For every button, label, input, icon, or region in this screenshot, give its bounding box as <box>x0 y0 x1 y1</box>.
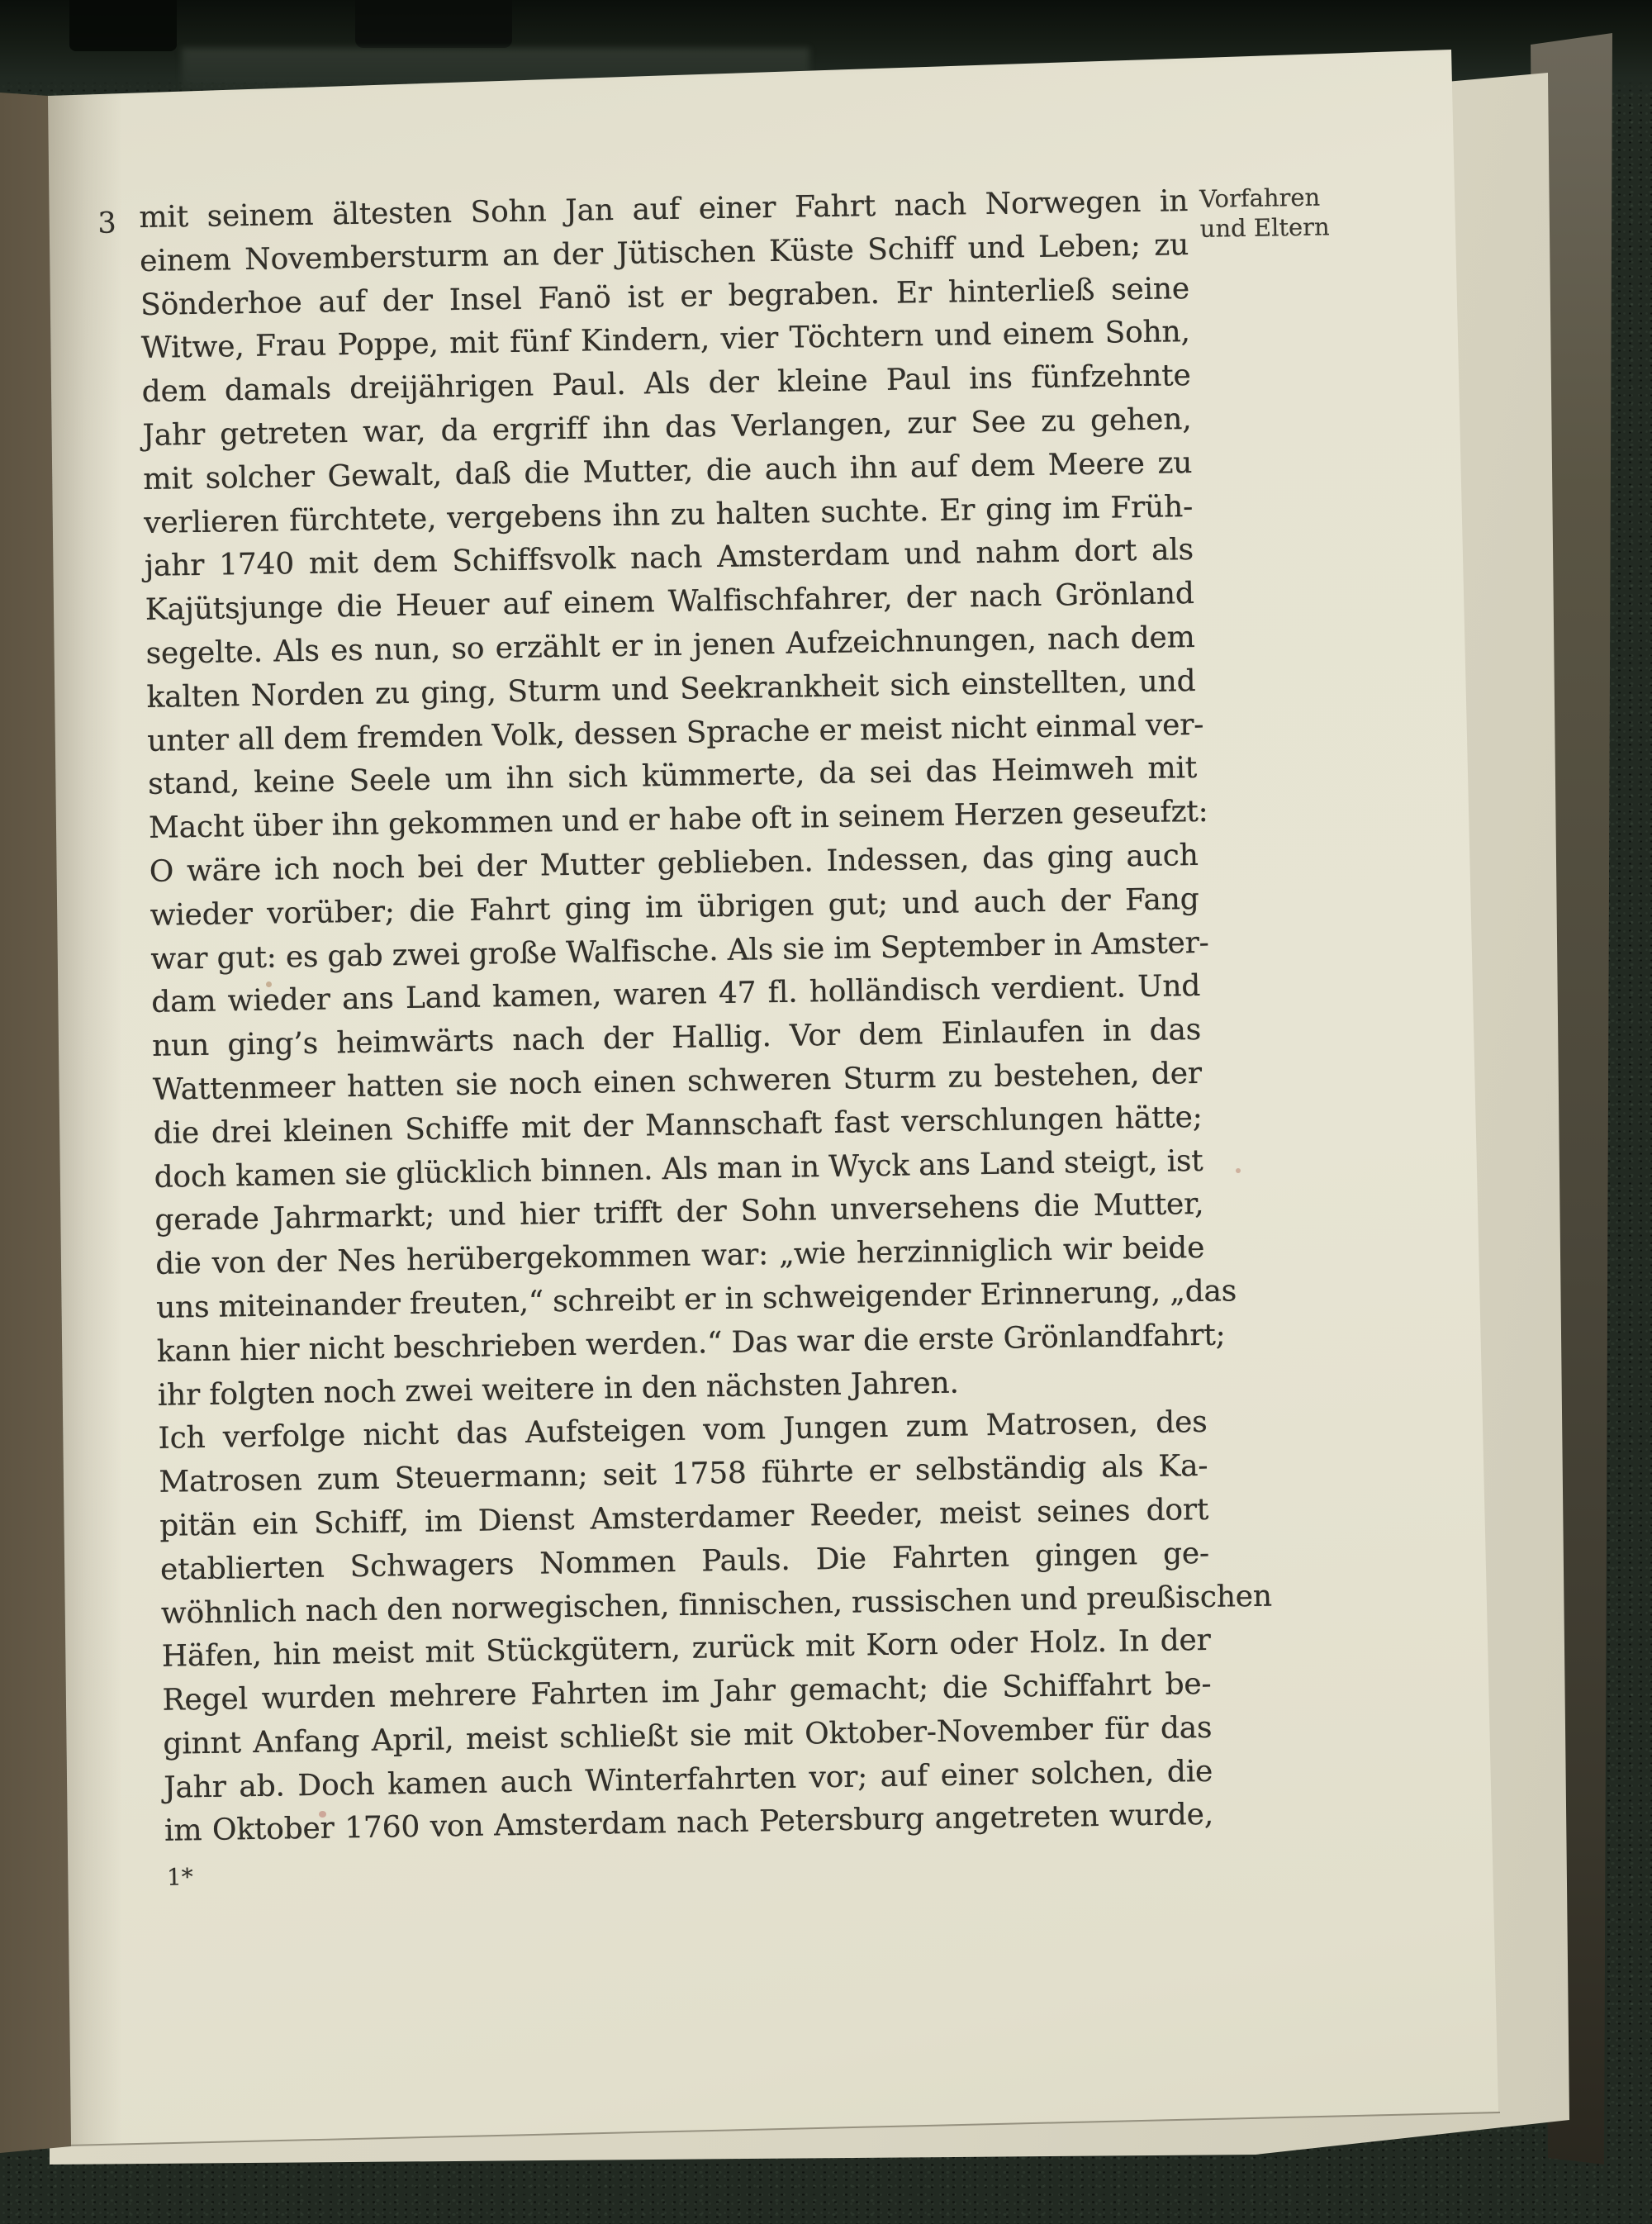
margin-note-line-2: und Eltern <box>1199 211 1398 244</box>
page-number: 3 <box>97 207 116 240</box>
page-text-block: 3 Vorfahren und Eltern mit seinem ältest… <box>139 180 1213 1854</box>
body-text: mit seinem ältesten Sohn Jan auf einer F… <box>139 180 1213 1854</box>
margin-note: Vorfahren und Eltern <box>1199 182 1398 244</box>
signature-mark: 1* <box>167 1863 193 1891</box>
book-scan: 3 Vorfahren und Eltern mit seinem ältest… <box>0 0 1652 2224</box>
margin-note-line-1: Vorfahren <box>1199 182 1398 214</box>
cover-top-dark-patch-2 <box>355 0 512 48</box>
paper-stain <box>1236 1168 1241 1173</box>
book-page: 3 Vorfahren und Eltern mit seinem ältest… <box>0 0 1652 2224</box>
cover-top-dark-patch <box>69 0 177 51</box>
